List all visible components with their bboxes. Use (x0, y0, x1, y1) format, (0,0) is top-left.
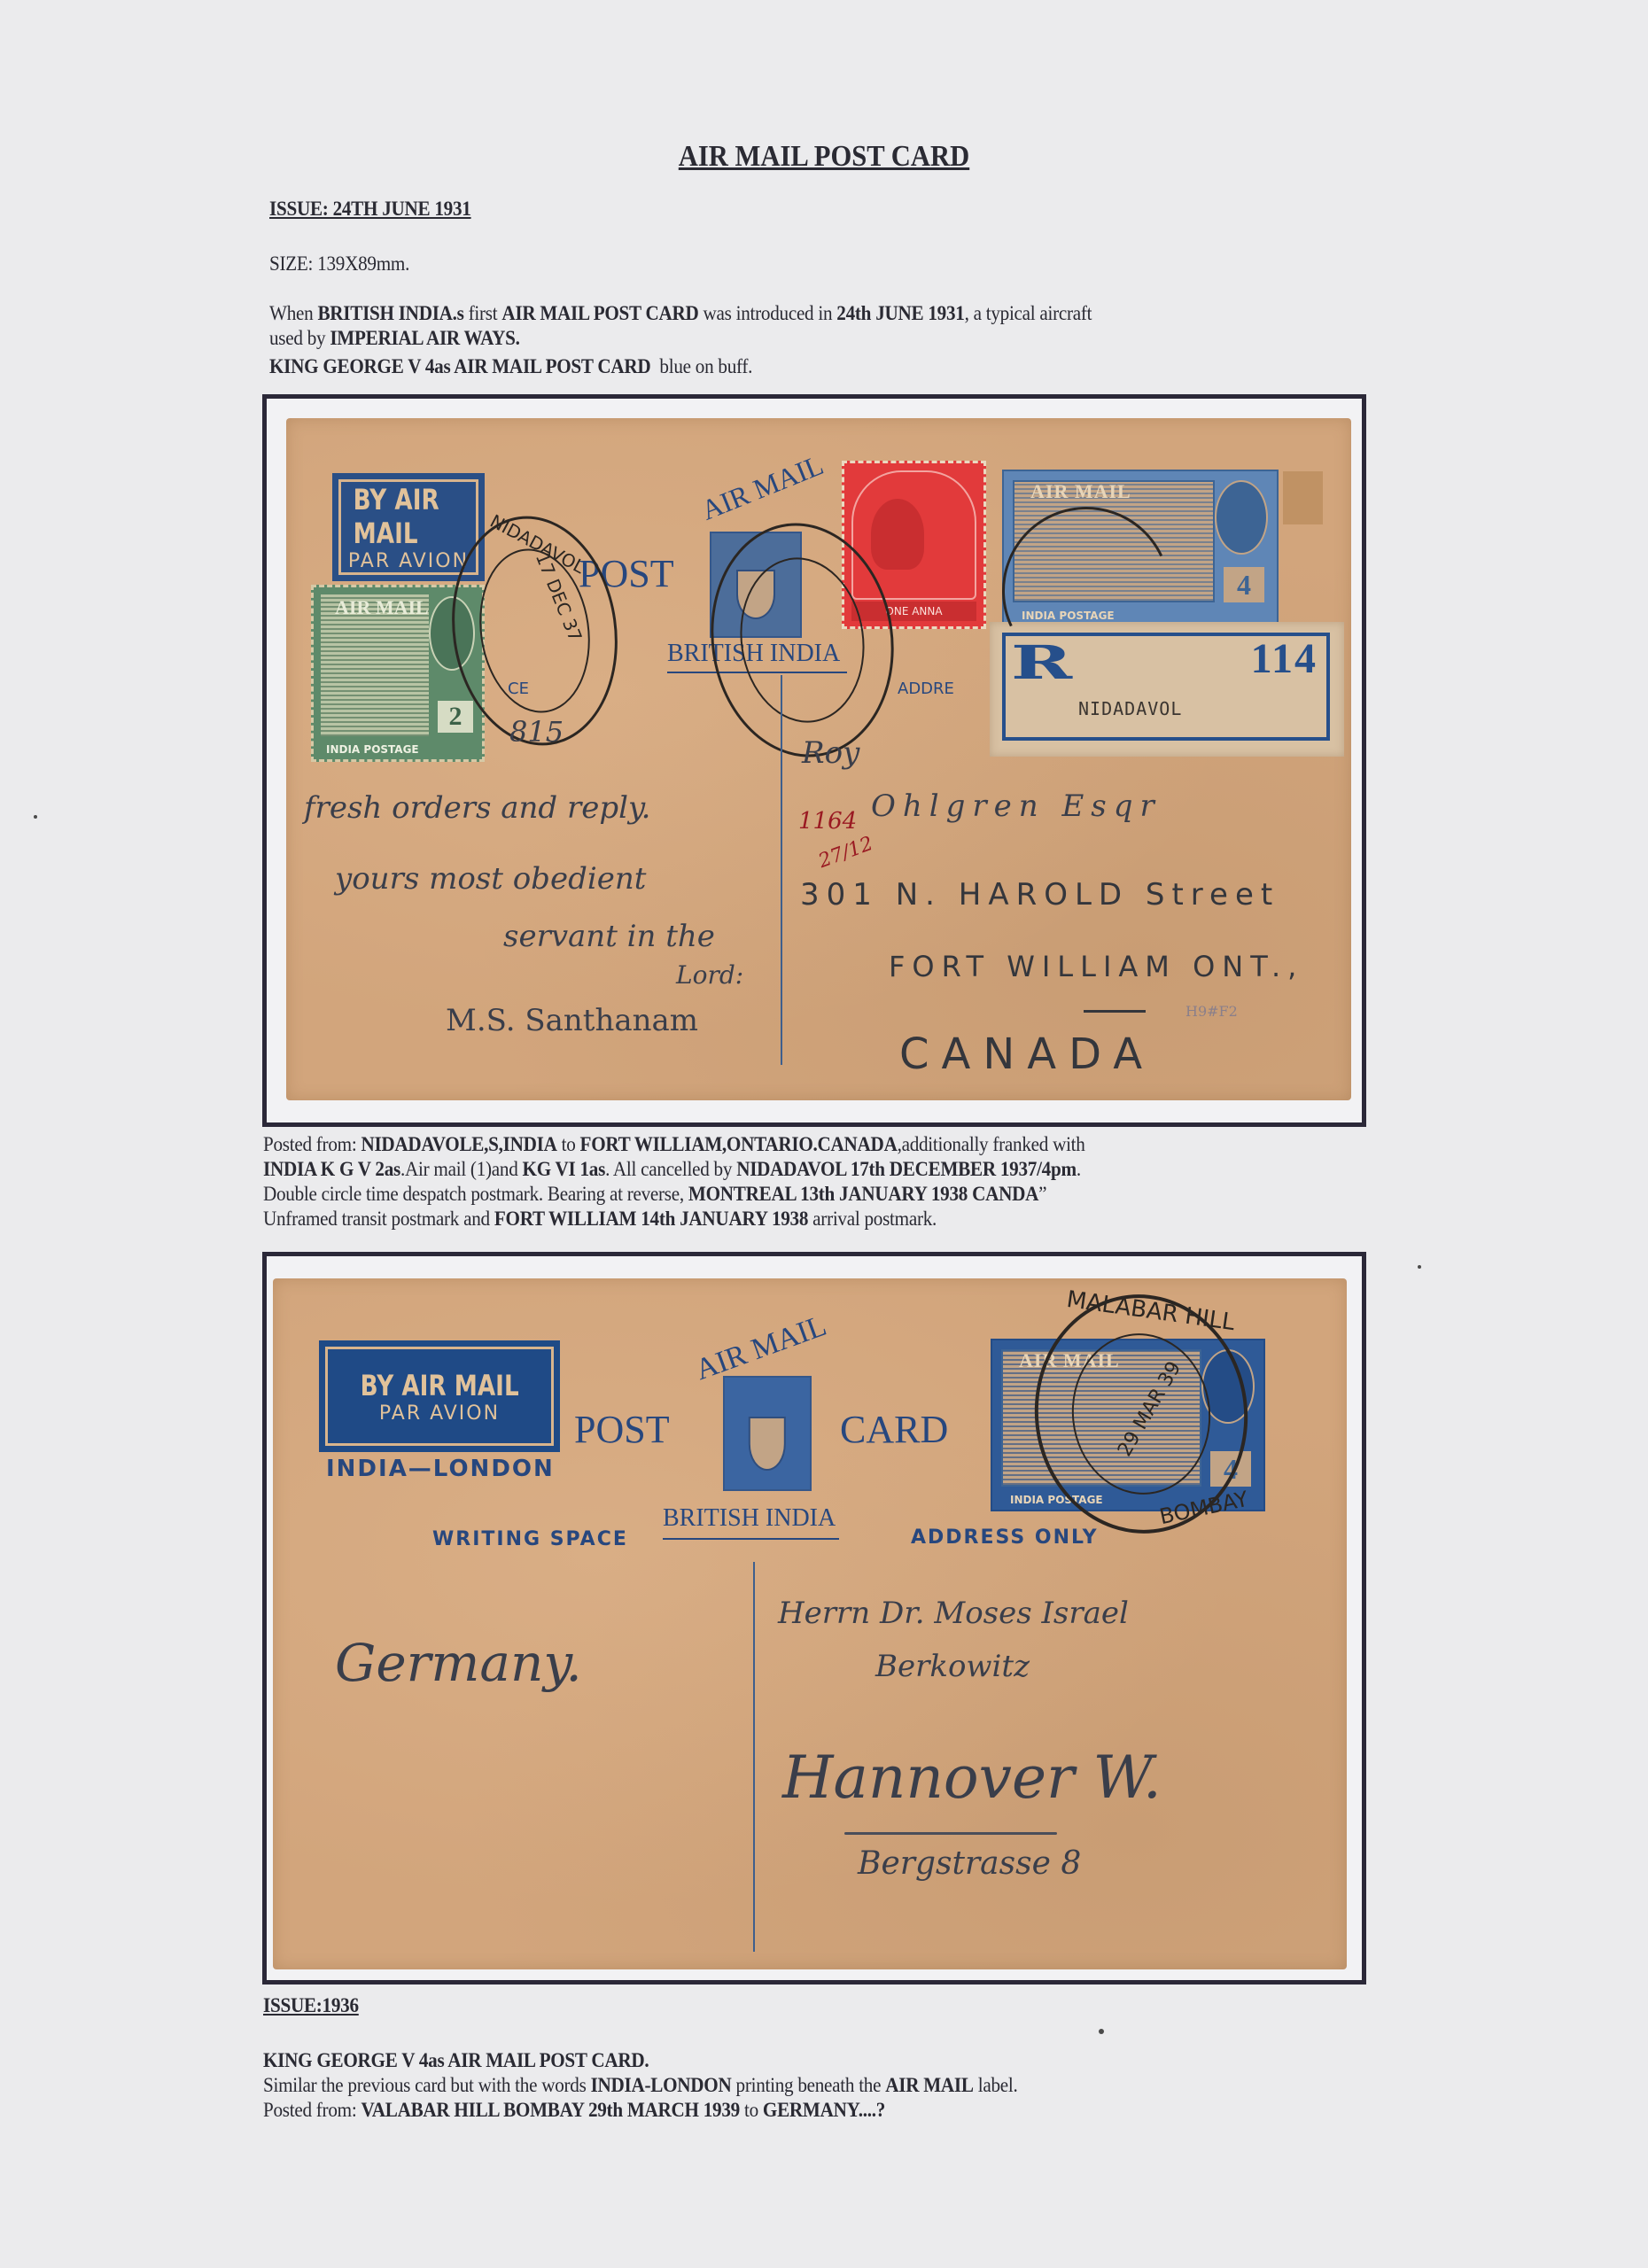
card-divider (753, 1562, 755, 1952)
printed-india-london: INDIA—LONDON (326, 1456, 555, 1482)
speck (34, 815, 37, 819)
handwritten-message-line-4: Lord: (676, 960, 743, 990)
handwritten-address-line-1: Herrn Dr. Moses Israel (778, 1596, 1129, 1631)
intro-line-3: KING GEORGE V 4as AIR MAIL POST CARD blu… (269, 354, 752, 378)
king-portrait-icon (1215, 480, 1268, 555)
handwritten-address-line-2: Berkowitz (875, 1649, 1030, 1684)
printed-post: POST (574, 1407, 670, 1452)
caption-1-line-1: Posted from: NIDADAVOLE,S,INDIA to FORT … (263, 1132, 1085, 1156)
handwritten-message-line-3: servant in the (503, 919, 715, 954)
handwritten-germany: Germany. (335, 1633, 582, 1693)
underline-stroke (1084, 1010, 1146, 1013)
king-portrait-icon (871, 499, 924, 570)
card-divider (781, 675, 782, 1065)
pencil-note: H9#F2 (1185, 1003, 1238, 1020)
handwritten-address-line-3: Hannover W. (782, 1744, 1162, 1812)
handwritten-address-line-4: Bergstrasse 8 (858, 1845, 1081, 1882)
handwritten-ref-number: 815 (509, 715, 564, 749)
speck (1418, 1265, 1421, 1269)
handwritten-address-line-4: FORT WILLIAM ONT., (889, 950, 1303, 983)
handwritten-message-line-1: fresh orders and reply. (304, 790, 650, 826)
speck (1099, 2029, 1104, 2034)
handwritten-address-line-2: Ohlgren Esqr (871, 788, 1162, 824)
handwritten-address-line-3: 301 N. HAROLD Street (800, 877, 1279, 913)
underline-stroke (844, 1832, 1057, 1835)
postcard-2: BY AIR MAIL PAR AVION INDIA—LONDON AIR M… (273, 1278, 1347, 1969)
handwritten-signature: M.S. Santhanam (446, 1003, 698, 1038)
coat-of-arms-icon (723, 1376, 812, 1491)
printed-writing-space: WRITING SPACE (432, 1528, 628, 1550)
issue-2-line-2: Similar the previous card but with the w… (263, 2073, 1018, 2097)
printed-address-only: ADDRESS ONLY (911, 1526, 1099, 1549)
handwritten-address-line-1: Roy (802, 735, 859, 771)
by-air-mail-label: BY AIR MAIL PAR AVION (319, 1340, 560, 1452)
printed-address-fragment: ADDRE (898, 680, 954, 698)
issue-2-line-1: KING GEORGE V 4as AIR MAIL POST CARD. (263, 2048, 649, 2072)
intro-line-1: When BRITISH INDIA.s first AIR MAIL POST… (269, 301, 1092, 325)
issue-2-line-3: Posted from: VALABAR HILL BOMBAY 29th MA… (263, 2098, 885, 2122)
issue-heading: ISSUE: 24TH JUNE 1931 (269, 197, 471, 221)
postcard-1: BY AIR MAIL PAR AVION AIR MAIL POST BRIT… (286, 418, 1351, 1100)
handwritten-message-line-2: yours most obedient (335, 861, 646, 897)
handwritten-address-line-5: CANADA (899, 1029, 1154, 1079)
caption-1-line-4: Unframed transit postmark and FORT WILLI… (263, 1207, 937, 1231)
caption-1-line-2: INDIA K G V 2as.Air mail (1)and KG VI 1a… (263, 1157, 1081, 1181)
printed-air-mail-arc: AIR MAIL (696, 448, 828, 527)
registration-office: NIDADAVOL (1078, 698, 1182, 719)
printed-british-india: BRITISH INDIA (663, 1504, 839, 1540)
red-ink-note-1: 1164 (798, 808, 857, 835)
issue-2-heading: ISSUE:1936 (263, 1993, 359, 2017)
page-title: AIR MAIL POST CARD (82, 140, 1566, 174)
stain (1283, 471, 1323, 524)
red-ink-note-2: 27/12 (816, 833, 876, 873)
intro-line-2: used by IMPERIAL AIR WAYS. (269, 326, 520, 350)
registration-number: 114 (1251, 634, 1318, 683)
printed-card: CARD (840, 1407, 948, 1452)
size-text: SIZE: 139X89mm. (269, 252, 409, 276)
caption-1-line-3: Double circle time despatch postmark. Be… (263, 1182, 1046, 1206)
